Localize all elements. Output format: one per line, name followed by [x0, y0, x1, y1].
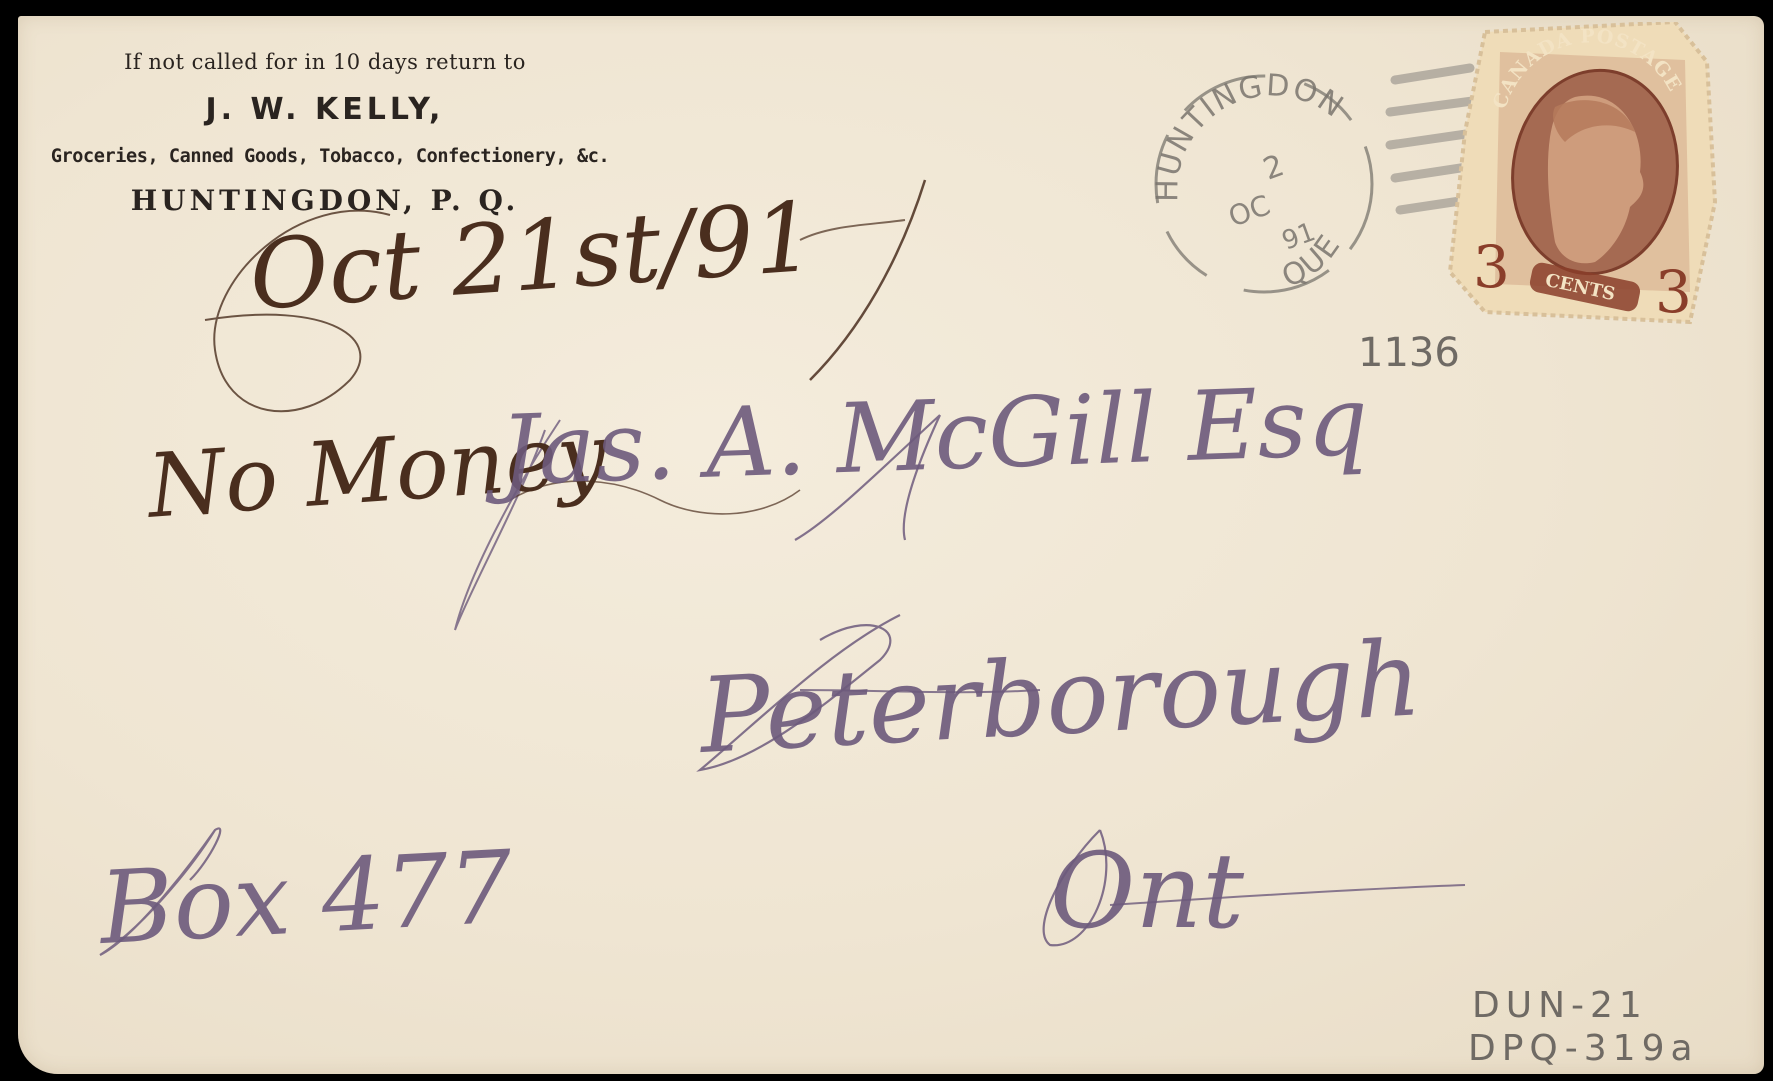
recipient-province: Ont [1050, 830, 1244, 952]
stamp-denomination-left: 3 [1473, 233, 1510, 301]
postmark-day: 2 [1259, 148, 1289, 187]
pencil-catalog-line2: DPQ-319a [1468, 1028, 1699, 1069]
postage-stamp: CANADA POSTAGE 3 3 CENTS [1445, 22, 1717, 328]
stamp-denomination-right: 3 [1655, 258, 1692, 326]
postmark-town: HUNTINGDON [1150, 68, 1351, 202]
svg-text:HUNTINGDON: HUNTINGDON [1150, 68, 1351, 202]
pencil-reference-number: 1136 [1358, 330, 1460, 376]
business-description: Groceries, Canned Goods, Tobacco, Confec… [20, 146, 640, 167]
business-name: J. W. KELLY, [20, 92, 630, 127]
postmark-month: OC [1224, 188, 1274, 233]
pencil-catalog-line1: DUN-21 [1472, 985, 1648, 1026]
small-queen-stamp-icon: CANADA POSTAGE 3 3 CENTS [1445, 22, 1717, 328]
postmark-icon: HUNTINGDON QUE OC 2 91 [1138, 52, 1390, 304]
recipient-box: Box 477 [97, 828, 515, 966]
return-instruction: If not called for in 10 days return to [20, 50, 630, 74]
